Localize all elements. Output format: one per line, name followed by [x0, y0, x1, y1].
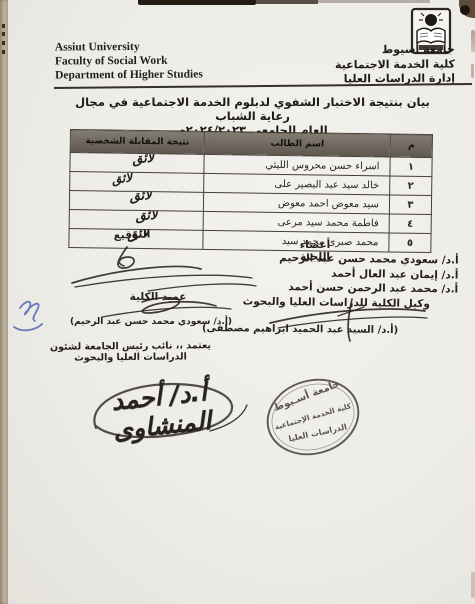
student-name: خالد سيد عبد البصير على	[204, 173, 390, 195]
interview-result-cell: لائق	[70, 153, 204, 174]
handwritten-result: لائق	[135, 209, 157, 223]
english-letterhead-line3: Department of Higher Studies	[55, 67, 203, 82]
column-header-interview-result: نتيجة المقابلة الشخصية	[70, 130, 204, 155]
scan-speck	[471, 64, 474, 78]
student-name: سيد معوض احمد معوض	[203, 192, 389, 214]
arabic-letterhead-line1: جامعة أسيوط	[335, 43, 455, 58]
document-title-line1: بيان بنتيجة الاختبار الشفوي لدبلوم الخدم…	[60, 95, 445, 123]
approval-line: يعتمد ،، نائب رئيس الجامعة لشئون الدراسا…	[28, 340, 233, 364]
interview-result-cell: لائق	[69, 209, 203, 230]
signature-column-label: التوقيع	[103, 228, 161, 242]
dean-name: (أ.د/ سعودي محمد حسن عبد الرحيم)	[66, 317, 236, 327]
committee-signatures-scribble	[72, 247, 256, 291]
vice-president-signature: أ.د/ أحمد المنشاوى	[65, 372, 255, 449]
scan-speck	[471, 572, 475, 598]
row-number: ١	[390, 157, 432, 177]
scanner-edge-shadow	[138, 0, 256, 5]
dean-title: عميد الكلية	[126, 291, 190, 303]
vice-dean-title: وكيل الكلية للدراسات العليا والبحوث	[242, 294, 429, 311]
row-number: ٣	[389, 195, 431, 215]
row-number: ٢	[390, 176, 432, 196]
arabic-letterhead-line2: كلية الخدمة الاجتماعية	[335, 57, 455, 72]
english-letterhead-line1: Assiut University	[55, 39, 203, 54]
english-letterhead-line2: Faculty of Social Work	[55, 53, 203, 68]
scanner-edge-shadow	[318, 0, 430, 3]
committee-member-list: أ.د/ سعودي محمد حسن عبد الرحيم أ.د/ إيما…	[242, 250, 458, 311]
arabic-letterhead: جامعة أسيوط كلية الخدمة الاجتماعية إدارة…	[335, 43, 455, 87]
handwritten-result: لائق	[112, 172, 134, 187]
row-number: ٤	[389, 214, 431, 234]
student-name: فاطمة محمد سيد مرعى	[203, 211, 389, 233]
english-letterhead: Assiut University Faculty of Social Work…	[55, 39, 203, 82]
handwritten-result: لائق	[131, 153, 154, 167]
blue-ink-annotation	[14, 302, 42, 331]
scanner-edge-shadow	[256, 0, 318, 4]
interview-result-cell: لائق	[70, 172, 204, 193]
interview-result-cell: لائق	[69, 191, 203, 212]
row-number: ٥	[389, 233, 431, 253]
scan-speck	[471, 30, 475, 52]
scanned-document-page: Assiut University Faculty of Social Work…	[0, 0, 475, 604]
column-header-number: م	[390, 134, 432, 158]
faculty-oval-stamp: جامعة أسـيوط كلية الخدمة الإجتماعية الدر…	[250, 358, 375, 475]
handwritten-result: لائق	[129, 191, 152, 204]
book-binding-edge	[0, 0, 8, 604]
column-header-student-name: اسم الطالب	[204, 131, 390, 157]
spiral-binding-hole	[460, 5, 470, 15]
student-name: اسراء حسن محروس الليثي	[204, 154, 390, 176]
